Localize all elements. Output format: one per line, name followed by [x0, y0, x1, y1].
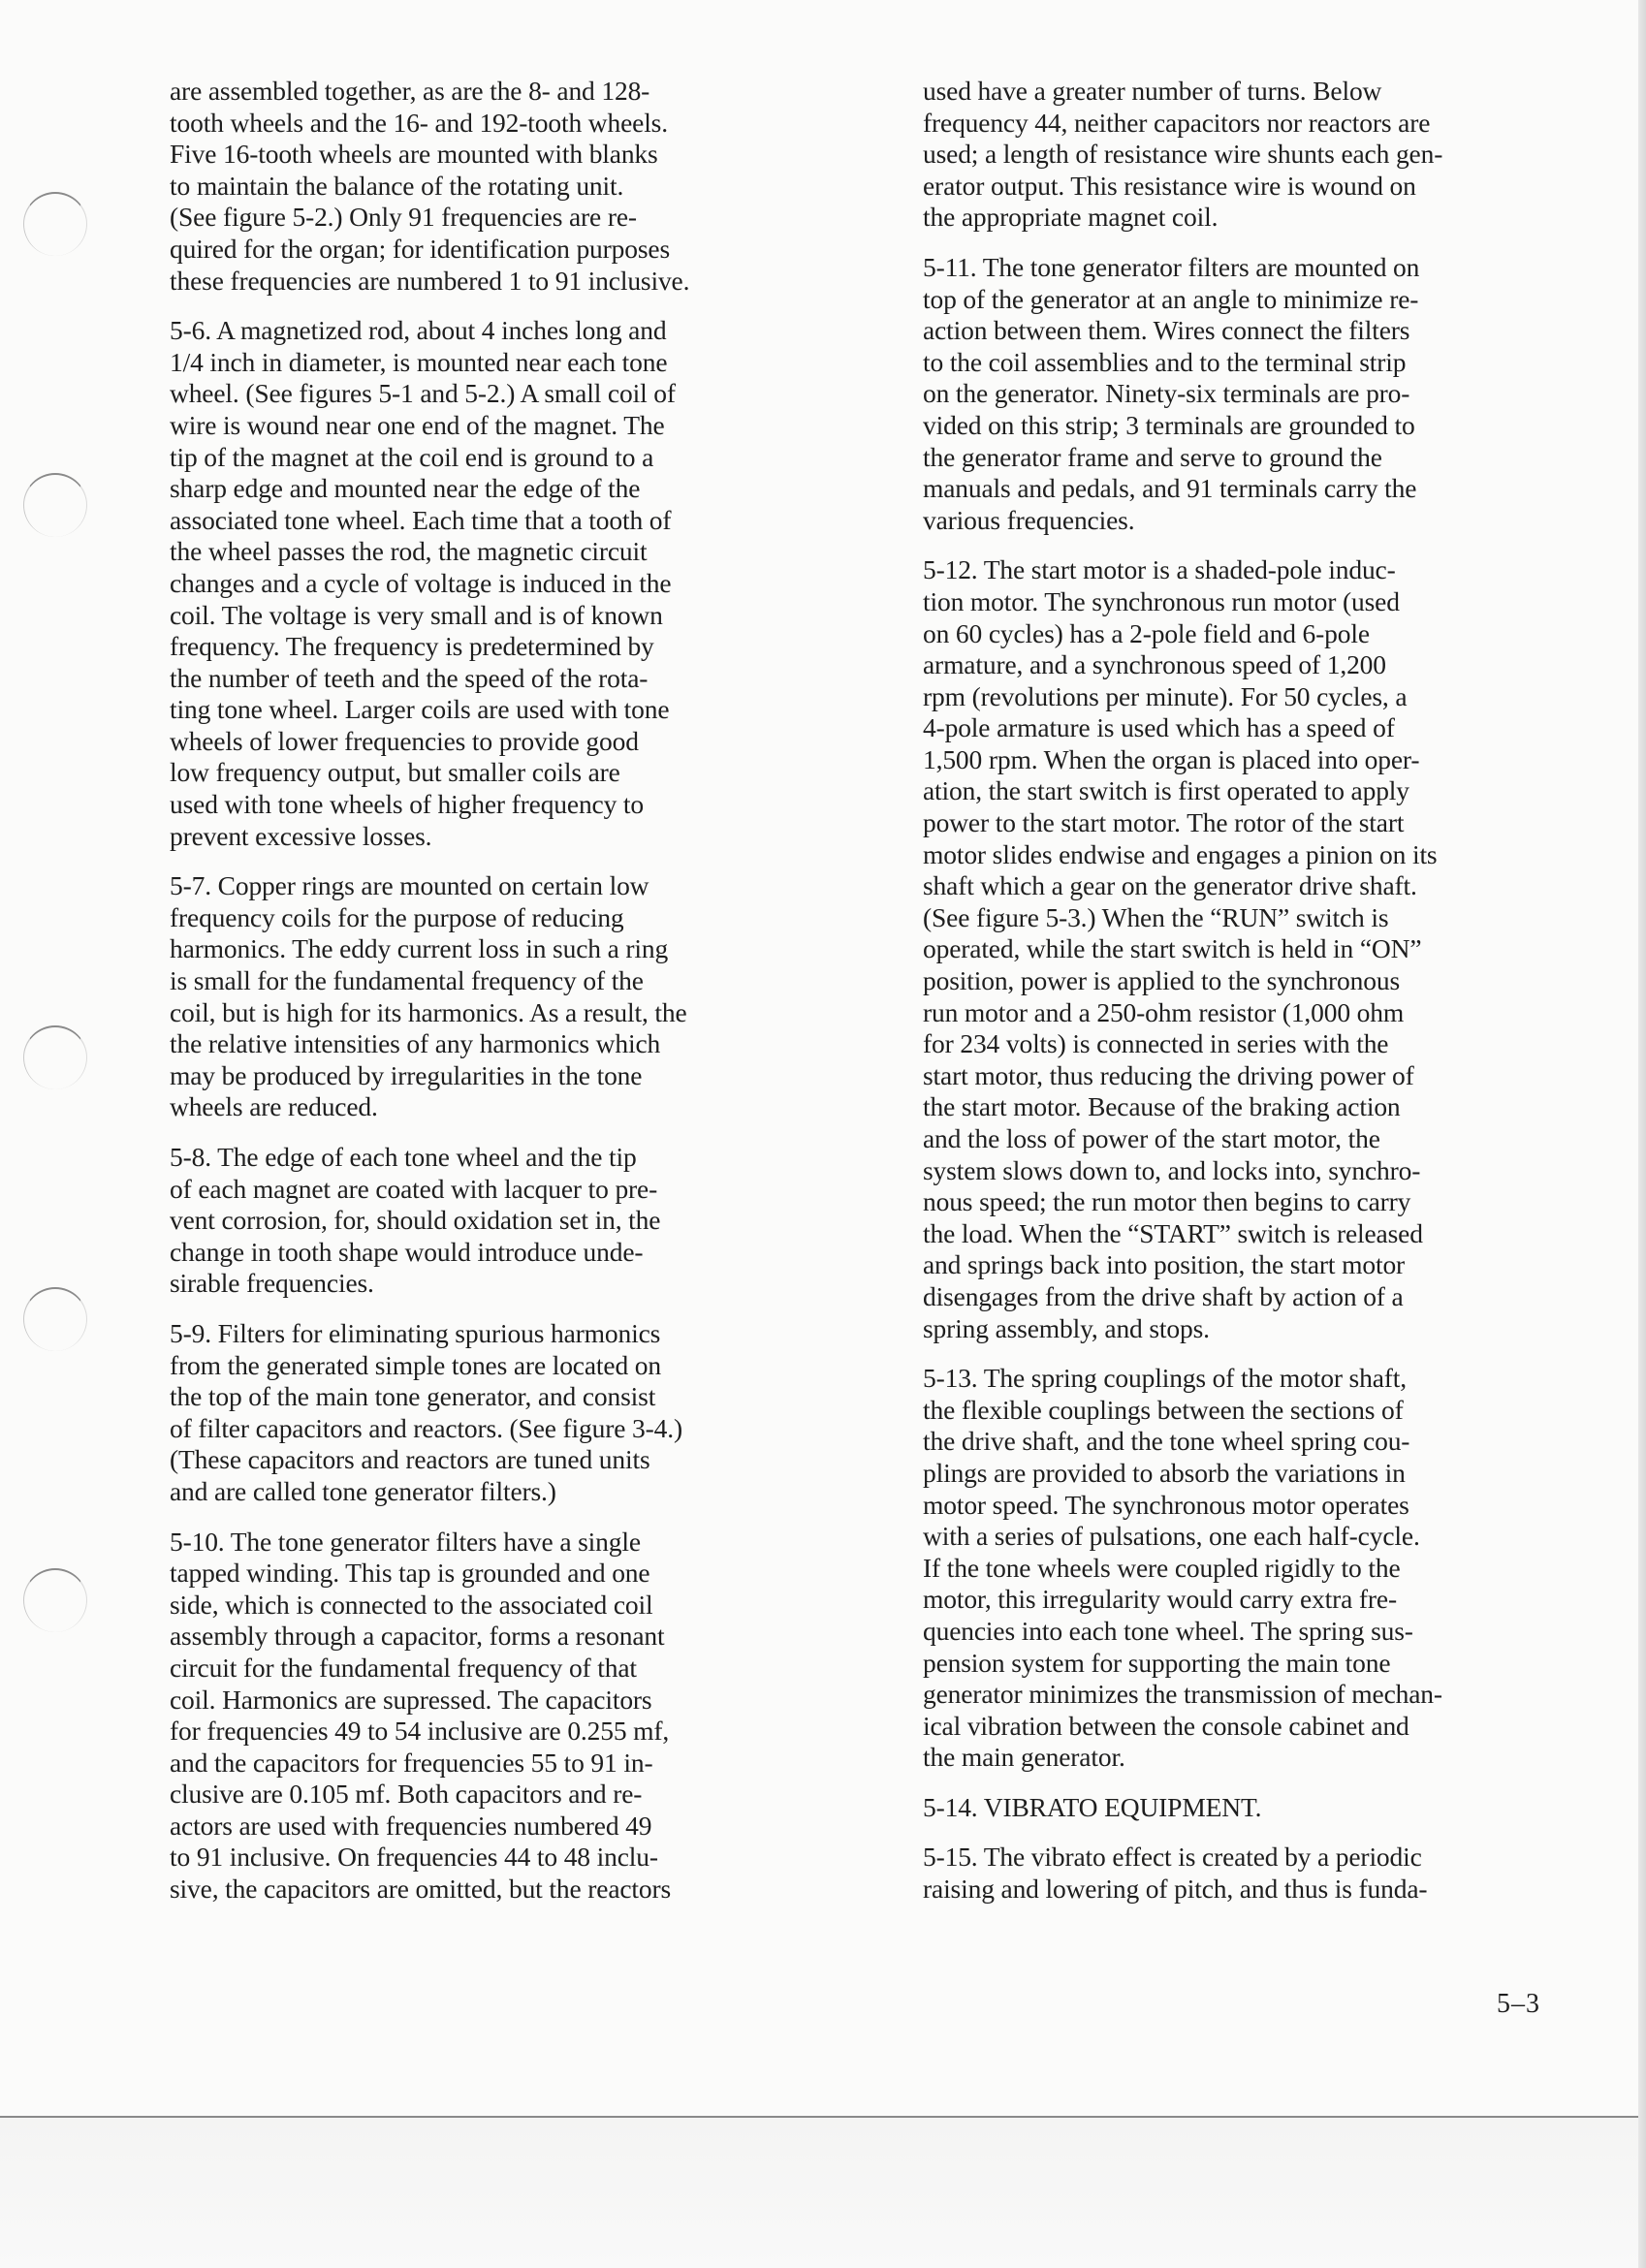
text-line: various frequencies.	[923, 505, 1582, 537]
text-line: to the coil assemblies and to the termin…	[923, 347, 1582, 379]
text-line: (See figure 5-3.) When the “RUN” switch …	[923, 902, 1582, 934]
text-line: plings are provided to absorb the variat…	[923, 1458, 1582, 1490]
text-line: used have a greater number of turns. Bel…	[923, 76, 1582, 108]
text-line: used; a length of resistance wire shunts…	[923, 139, 1582, 171]
text-line: clusive are 0.105 mf. Both capacitors an…	[170, 1779, 829, 1811]
text-line: tion motor. The synchronous run motor (u…	[923, 586, 1582, 618]
text-line: the relative intensities of any harmonic…	[170, 1028, 829, 1060]
text-line: spring assembly, and stops.	[923, 1313, 1582, 1345]
text-line: coil, but is high for its harmonics. As …	[170, 997, 829, 1029]
text-line: ation, the start switch is first operate…	[923, 775, 1582, 807]
text-line: of each magnet are coated with lacquer t…	[170, 1174, 829, 1206]
text-line: of filter capacitors and reactors. (See …	[170, 1413, 829, 1445]
text-line: 5-14. VIBRATO EQUIPMENT.	[923, 1792, 1582, 1824]
text-line: the number of teeth and the speed of the…	[170, 663, 829, 695]
punch-hole-icon	[23, 1568, 87, 1632]
text-line: motor slides endwise and engages a pinio…	[923, 839, 1582, 871]
punch-hole-icon	[23, 473, 87, 537]
paragraph: 5-9. Filters for eliminating spurious ha…	[170, 1318, 829, 1508]
text-line: coil. The voltage is very small and is o…	[170, 600, 829, 632]
text-line: for frequencies 49 to 54 inclusive are 0…	[170, 1716, 829, 1748]
text-line: wheels are reduced.	[170, 1091, 829, 1123]
text-line: nous speed; the run motor then begins to…	[923, 1186, 1582, 1218]
text-line: to maintain the balance of the rotating …	[170, 171, 829, 203]
text-line: 5-11. The tone generator filters are mou…	[923, 252, 1582, 284]
text-line: the generator frame and serve to ground …	[923, 442, 1582, 474]
text-line: side, which is connected to the associat…	[170, 1590, 829, 1622]
text-line: 5-15. The vibrato effect is created by a…	[923, 1842, 1582, 1874]
text-line: top of the generator at an angle to mini…	[923, 284, 1582, 316]
paragraph: used have a greater number of turns. Bel…	[923, 76, 1582, 234]
text-line: 5-10. The tone generator filters have a …	[170, 1527, 829, 1559]
text-line: erator output. This resistance wire is w…	[923, 171, 1582, 203]
text-line: the appropriate magnet coil.	[923, 202, 1582, 234]
text-line: 5-13. The spring couplings of the motor …	[923, 1363, 1582, 1395]
text-line: and the capacitors for frequencies 55 to…	[170, 1748, 829, 1780]
text-line: for 234 volts) is connected in series wi…	[923, 1028, 1582, 1060]
text-line: wire is wound near one end of the magnet…	[170, 410, 829, 442]
text-line: the drive shaft, and the tone wheel spri…	[923, 1426, 1582, 1458]
text-line: system slows down to, and locks into, sy…	[923, 1155, 1582, 1187]
document-page: are assembled together, as are the 8- an…	[0, 0, 1638, 2118]
text-line: action between them. Wires connect the f…	[923, 315, 1582, 347]
text-line: quired for the organ; for identification…	[170, 234, 829, 266]
text-line: changes and a cycle of voltage is induce…	[170, 568, 829, 600]
text-line: and springs back into position, the star…	[923, 1249, 1582, 1281]
text-line: change in tooth shape would introduce un…	[170, 1237, 829, 1269]
text-line: circuit for the fundamental frequency of…	[170, 1653, 829, 1685]
text-line: the top of the main tone generator, and …	[170, 1381, 829, 1413]
text-line: the flexible couplings between the secti…	[923, 1395, 1582, 1427]
text-line: and the loss of power of the start motor…	[923, 1123, 1582, 1155]
paragraph: 5-12. The start motor is a shaded-pole i…	[923, 554, 1582, 1344]
text-line: wheel. (See figures 5-1 and 5-2.) A smal…	[170, 378, 829, 410]
text-line: associated tone wheel. Each time that a …	[170, 505, 829, 537]
text-line: sirable frequencies.	[170, 1268, 829, 1300]
paragraph: 5-8. The edge of each tone wheel and the…	[170, 1142, 829, 1300]
text-line: quencies into each tone wheel. The sprin…	[923, 1616, 1582, 1648]
text-line: low frequency output, but smaller coils …	[170, 757, 829, 789]
text-line: to 91 inclusive. On frequencies 44 to 48…	[170, 1842, 829, 1874]
paragraph: 5-6. A magnetized rod, about 4 inches lo…	[170, 315, 829, 852]
text-line: vent corrosion, for, should oxidation se…	[170, 1205, 829, 1237]
text-line: from the generated simple tones are loca…	[170, 1350, 829, 1382]
text-line: 5-9. Filters for eliminating spurious ha…	[170, 1318, 829, 1350]
text-line: the wheel passes the rod, the magnetic c…	[170, 536, 829, 568]
text-line: actors are used with frequencies numbere…	[170, 1811, 829, 1843]
left-column: are assembled together, as are the 8- an…	[170, 76, 829, 1924]
text-line: disengages from the drive shaft by actio…	[923, 1281, 1582, 1313]
text-line: sharp edge and mounted near the edge of …	[170, 473, 829, 505]
text-line: shaft which a gear on the generator driv…	[923, 870, 1582, 902]
text-line: 4-pole armature is used which has a spee…	[923, 712, 1582, 744]
text-line: and are called tone generator filters.)	[170, 1476, 829, 1508]
text-line: vided on this strip; 3 terminals are gro…	[923, 410, 1582, 442]
text-line: run motor and a 250-ohm resistor (1,000 …	[923, 997, 1582, 1029]
right-column: used have a greater number of turns. Bel…	[923, 76, 1582, 1924]
text-line: tip of the magnet at the coil end is gro…	[170, 442, 829, 474]
text-line: the main generator.	[923, 1742, 1582, 1774]
text-line: generator minimizes the transmission of …	[923, 1679, 1582, 1711]
text-line: position, power is applied to the synchr…	[923, 965, 1582, 997]
punch-hole-icon	[23, 1025, 87, 1089]
text-line: on the generator. Ninety-six terminals a…	[923, 378, 1582, 410]
paragraph: are assembled together, as are the 8- an…	[170, 76, 829, 297]
text-line: manuals and pedals, and 91 terminals car…	[923, 473, 1582, 505]
text-line: operated, while the start switch is held…	[923, 933, 1582, 965]
text-line: (See figure 5-2.) Only 91 frequencies ar…	[170, 202, 829, 234]
text-line: sive, the capacitors are omitted, but th…	[170, 1874, 829, 1906]
page-number: 5–3	[1497, 1989, 1540, 2020]
section-heading: 5-14. VIBRATO EQUIPMENT.	[923, 1792, 1582, 1824]
paragraph: 5-13. The spring couplings of the motor …	[923, 1363, 1582, 1774]
text-line: the load. When the “START” switch is rel…	[923, 1218, 1582, 1250]
text-line: frequency coils for the purpose of reduc…	[170, 902, 829, 934]
text-line: on 60 cycles) has a 2-pole field and 6-p…	[923, 618, 1582, 650]
text-line: 5-8. The edge of each tone wheel and the…	[170, 1142, 829, 1174]
page-edge	[1638, 0, 1646, 2268]
text-line: raising and lowering of pitch, and thus …	[923, 1874, 1582, 1906]
text-line: ting tone wheel. Larger coils are used w…	[170, 694, 829, 726]
text-line: are assembled together, as are the 8- an…	[170, 76, 829, 108]
text-line: motor, this irregularity would carry ext…	[923, 1584, 1582, 1616]
background-surface	[0, 2118, 1646, 2268]
text-line: (These capacitors and reactors are tuned…	[170, 1444, 829, 1476]
paragraph: 5-7. Copper rings are mounted on certain…	[170, 870, 829, 1123]
text-line: assembly through a capacitor, forms a re…	[170, 1621, 829, 1653]
punch-hole-icon	[23, 192, 87, 256]
text-line: coil. Harmonics are supressed. The capac…	[170, 1685, 829, 1717]
punch-hole-icon	[23, 1287, 87, 1351]
paragraph: 5-11. The tone generator filters are mou…	[923, 252, 1582, 536]
text-line: frequency. The frequency is predetermine…	[170, 631, 829, 663]
text-line: frequency 44, neither capacitors nor rea…	[923, 108, 1582, 140]
text-line: used with tone wheels of higher frequenc…	[170, 789, 829, 821]
text-line: tapped winding. This tap is grounded and…	[170, 1558, 829, 1590]
text-line: 5-6. A magnetized rod, about 4 inches lo…	[170, 315, 829, 347]
paragraph: 5-15. The vibrato effect is created by a…	[923, 1842, 1582, 1905]
text-line: these frequencies are numbered 1 to 91 i…	[170, 266, 829, 298]
text-line: pension system for supporting the main t…	[923, 1648, 1582, 1680]
text-line: tooth wheels and the 16- and 192-tooth w…	[170, 108, 829, 140]
text-line: harmonics. The eddy current loss in such…	[170, 933, 829, 965]
text-line: 1/4 inch in diameter, is mounted near ea…	[170, 347, 829, 379]
text-line: 5-7. Copper rings are mounted on certain…	[170, 870, 829, 902]
text-line: wheels of lower frequencies to provide g…	[170, 726, 829, 758]
text-line: rpm (revolutions per minute). For 50 cyc…	[923, 681, 1582, 713]
text-line: prevent excessive losses.	[170, 821, 829, 853]
text-line: ical vibration between the console cabin…	[923, 1711, 1582, 1743]
paragraph: 5-10. The tone generator filters have a …	[170, 1527, 829, 1906]
text-line: with a series of pulsations, one each ha…	[923, 1521, 1582, 1553]
text-line: armature, and a synchronous speed of 1,2…	[923, 649, 1582, 681]
text-line: start motor, thus reducing the driving p…	[923, 1060, 1582, 1092]
text-line: Five 16-tooth wheels are mounted with bl…	[170, 139, 829, 171]
text-line: 5-12. The start motor is a shaded-pole i…	[923, 554, 1582, 586]
text-line: the start motor. Because of the braking …	[923, 1091, 1582, 1123]
text-line: is small for the fundamental frequency o…	[170, 965, 829, 997]
text-line: If the tone wheels were coupled rigidly …	[923, 1553, 1582, 1585]
text-line: motor speed. The synchronous motor opera…	[923, 1490, 1582, 1522]
text-line: power to the start motor. The rotor of t…	[923, 807, 1582, 839]
text-line: 1,500 rpm. When the organ is placed into…	[923, 744, 1582, 776]
text-line: may be produced by irregularities in the…	[170, 1060, 829, 1092]
